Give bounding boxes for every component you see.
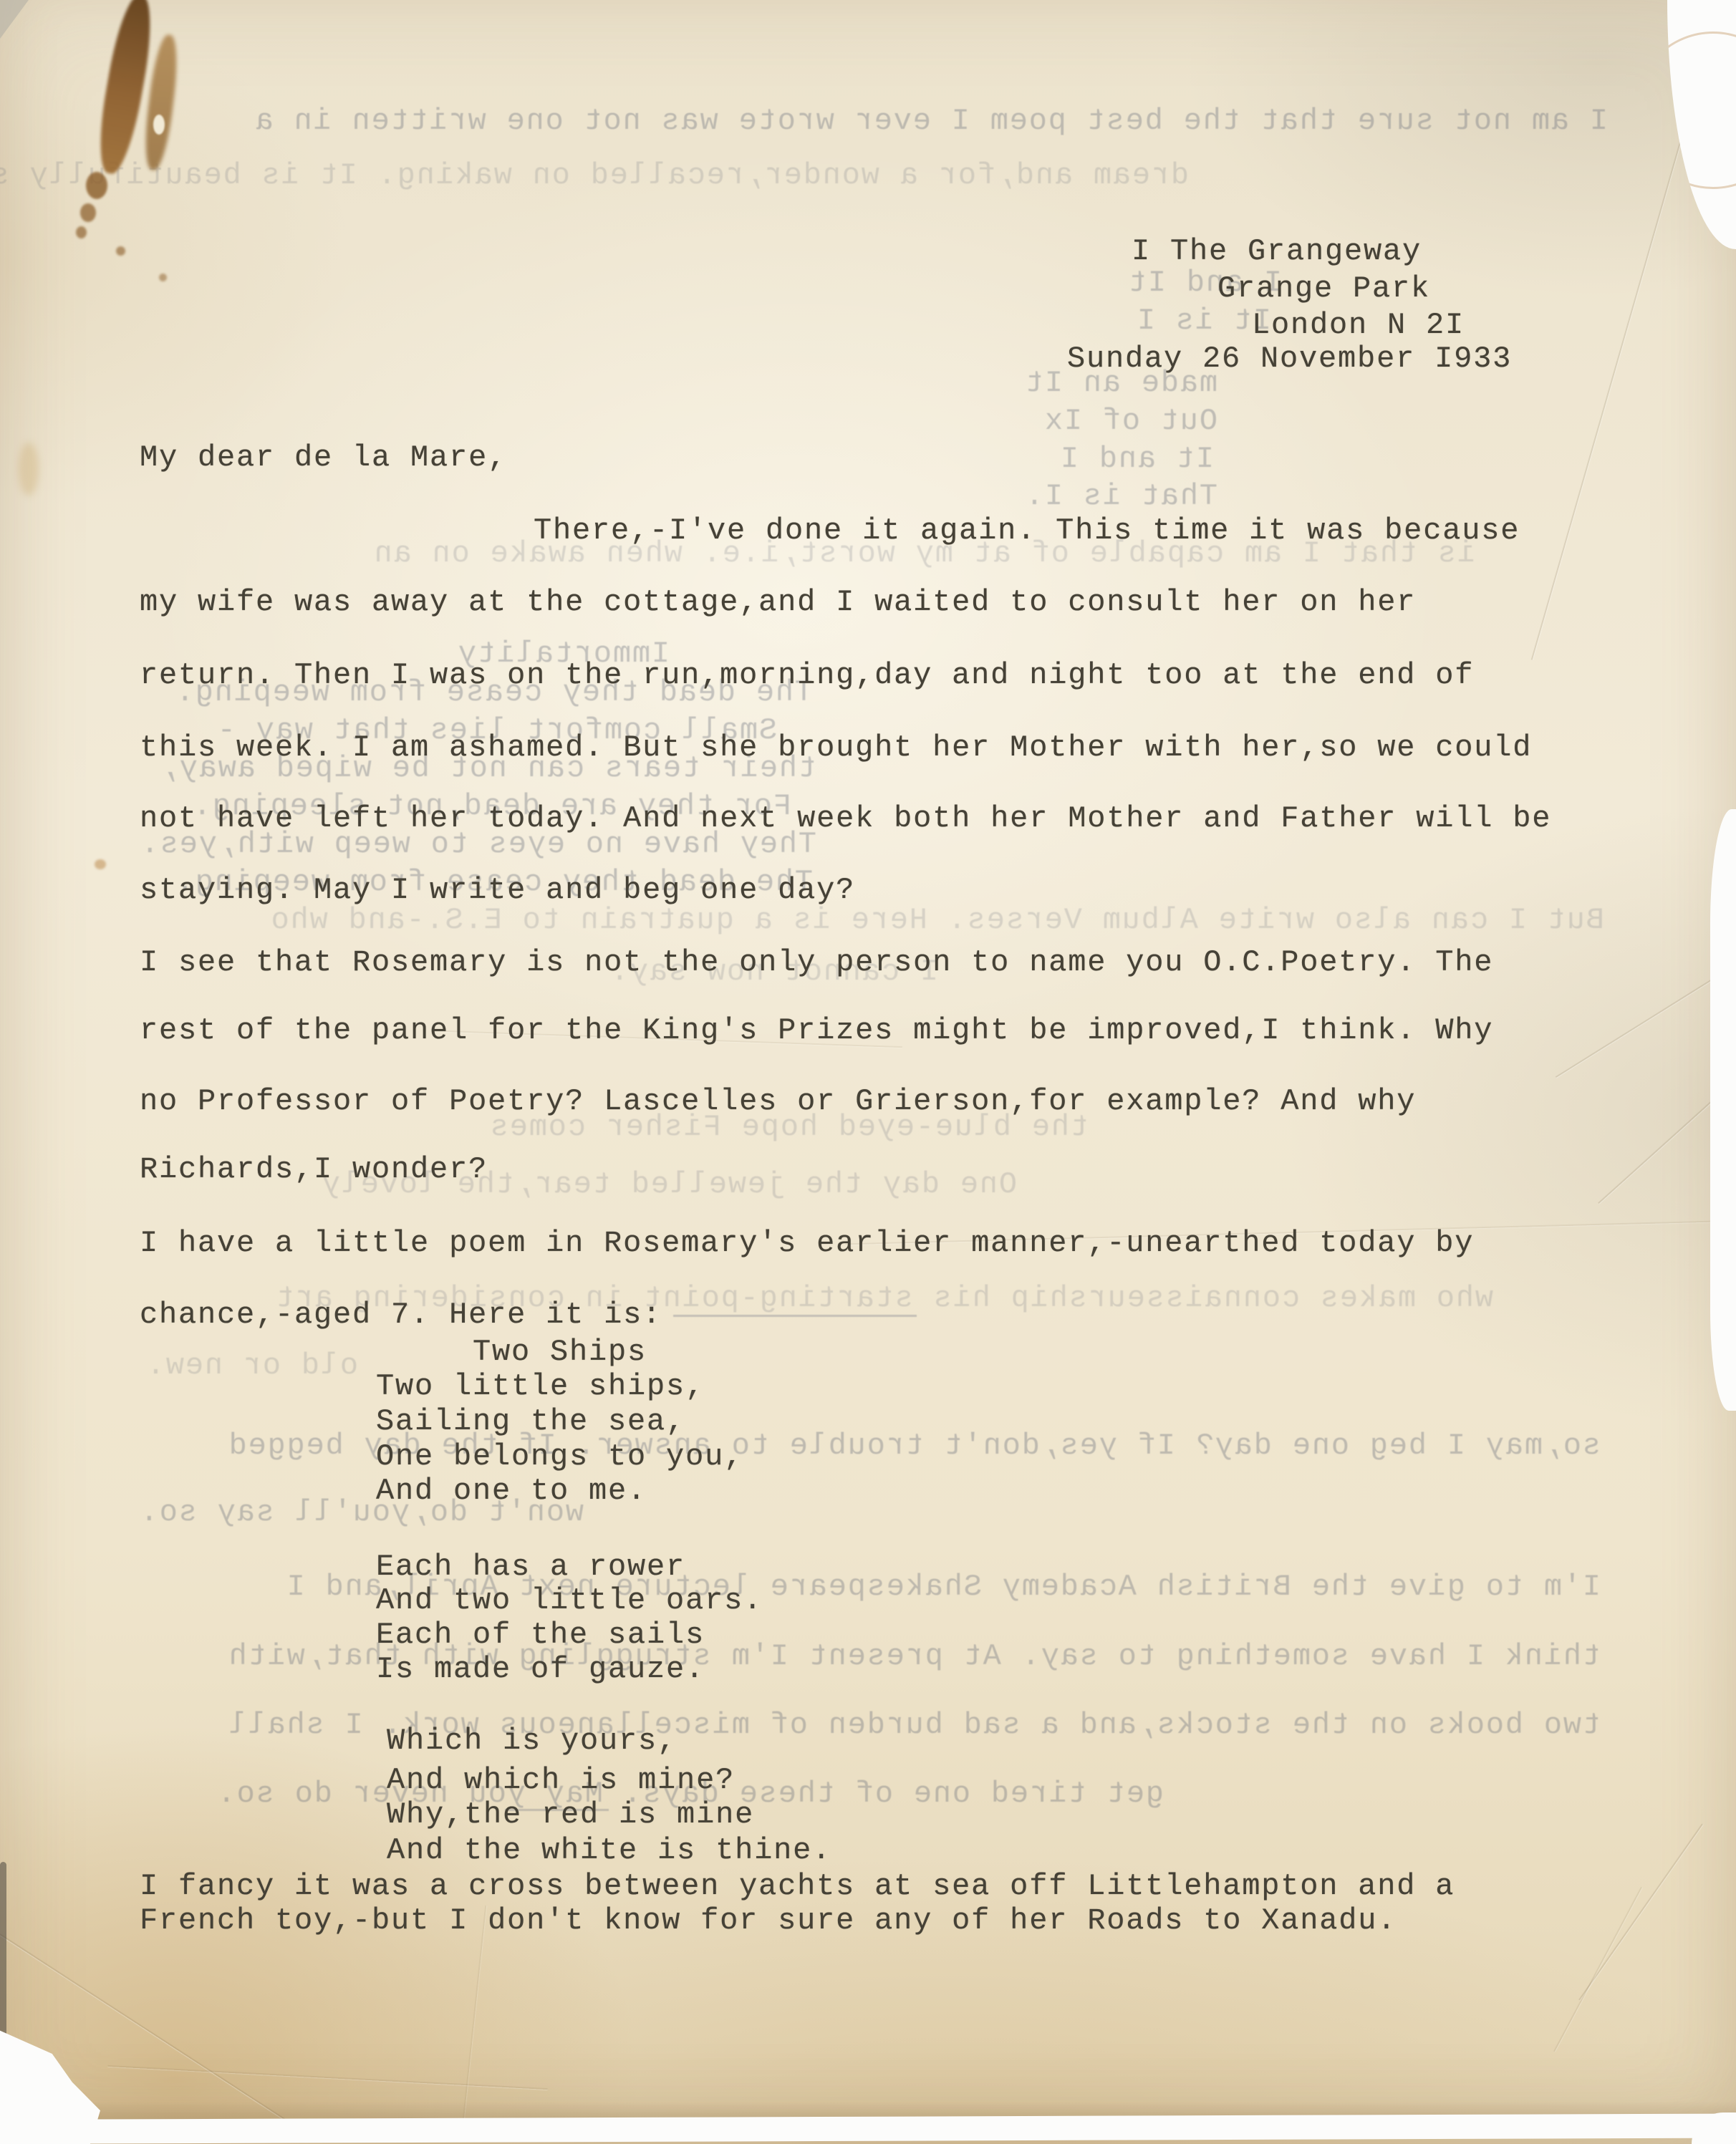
- bleed-line: But I can also write Album Verses. Here …: [270, 904, 1604, 937]
- body-line: I see that Rosemary is not the only pers…: [140, 946, 1493, 979]
- body-line: this week. I am ashamed. But she brought…: [140, 731, 1532, 764]
- postscript-line: I fancy it was a cross between yachts at…: [140, 1870, 1455, 1903]
- poem-line: Which is yours,: [387, 1724, 677, 1757]
- body-line: Richards,I wonder?: [140, 1153, 488, 1186]
- body-line: return. Then I was on the run,morning,da…: [140, 659, 1474, 692]
- bleed-line: It is I: [1136, 304, 1271, 337]
- poem-line: Sailing the sea,: [376, 1405, 685, 1438]
- poem-line: One belongs to you,: [376, 1440, 743, 1473]
- salutation: My dear de la Mare,: [140, 441, 507, 474]
- poem-line: Why,the red is mine: [387, 1798, 754, 1831]
- body-line: There,-I've done it again. This time it …: [534, 514, 1520, 547]
- postscript-line: French toy,-but I don't know for sure an…: [140, 1904, 1397, 1937]
- poem-line: And two little oars.: [376, 1584, 763, 1617]
- body-line: no Professor of Poetry? Lascelles or Gri…: [140, 1085, 1416, 1118]
- bleed-line: dream and,for a wonder,recalled on wakin…: [0, 159, 1189, 192]
- bleed-line: I am not sure that the best poem I ever …: [254, 105, 1608, 137]
- body-line: chance,-aged 7. Here it is:: [140, 1298, 662, 1331]
- date-line: Sunday 26 November I933: [1067, 342, 1512, 375]
- address-line: Grange Park: [1217, 272, 1430, 305]
- address-line: I The Grangeway: [1132, 235, 1422, 268]
- poem-line: Is made of gauze.: [376, 1653, 705, 1686]
- bleed-line: Out of Ix: [1043, 405, 1217, 438]
- letter-scan: I am not sure that the best poem I ever …: [0, 0, 1736, 2144]
- poem-title: Two Ships: [473, 1336, 647, 1368]
- body-line: I have a little poem in Rosemary's earli…: [140, 1227, 1474, 1260]
- bleed-line: old or new.: [145, 1349, 358, 1382]
- paper: [0, 0, 1736, 2144]
- body-line: my wife was away at the cottage,and I wa…: [140, 586, 1416, 619]
- bleed-underline: [673, 1315, 917, 1317]
- poem-line: And the white is thine.: [387, 1834, 831, 1867]
- bleed-line: That is I.: [1024, 480, 1217, 513]
- body-line: rest of the panel for the King's Prizes …: [140, 1014, 1493, 1047]
- address-line: London N 2I: [1252, 309, 1465, 342]
- poem-line: Each has a rower: [376, 1550, 685, 1583]
- poem-line: And which is mine?: [387, 1764, 735, 1797]
- poem-line: Each of the sails: [376, 1618, 705, 1651]
- body-line: staying. May I write and beg one day?: [140, 874, 855, 907]
- body-line: not have left her today. And next week b…: [140, 802, 1551, 835]
- poem-line: And one to me.: [376, 1474, 647, 1507]
- poem-line: Two little ships,: [376, 1370, 705, 1403]
- bleed-line: It and I: [1059, 443, 1214, 475]
